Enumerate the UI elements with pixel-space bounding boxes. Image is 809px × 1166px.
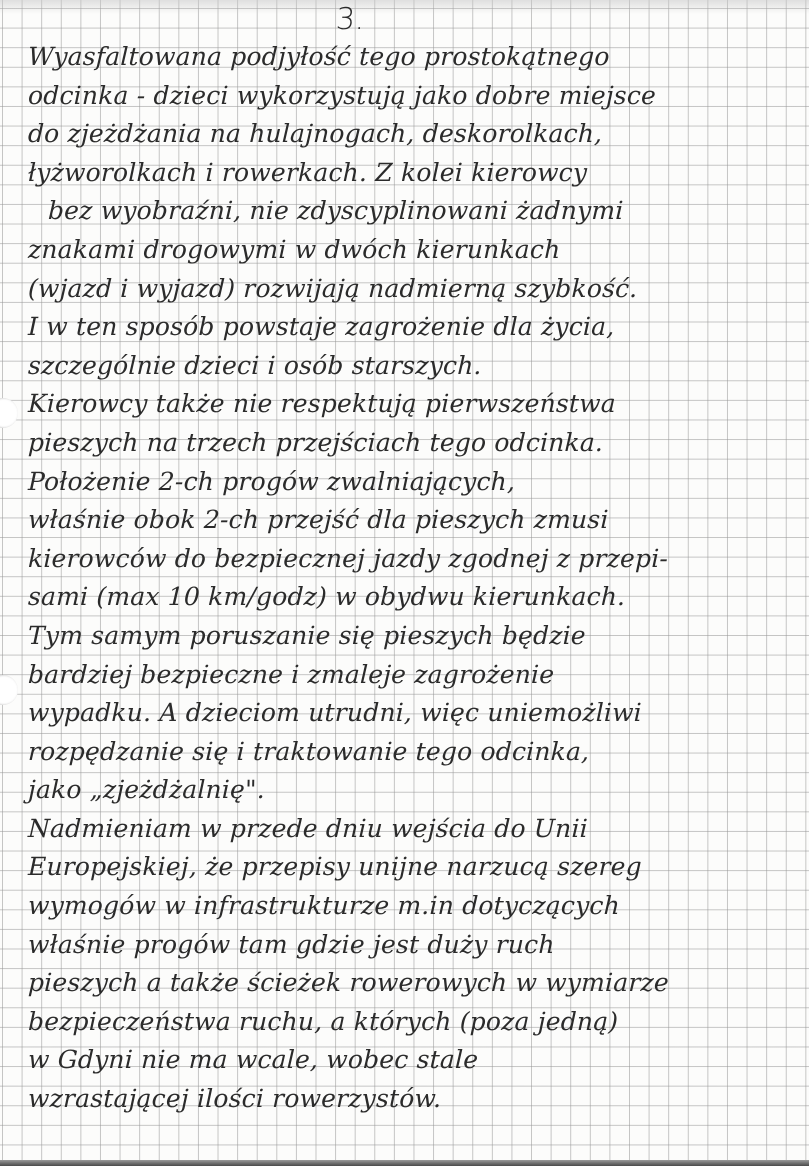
text-line: wypadku. A dzieciom utrudni, więc uniemo…: [28, 694, 809, 733]
text-line: szczególnie dzieci i osób starszych.: [27, 347, 808, 386]
page-number: 3.: [335, 2, 366, 37]
text-line: kierowców do bezpiecznej jazdy zgodnej z…: [28, 540, 809, 579]
punch-hole: [0, 398, 18, 428]
text-line: w Gdyni nie ma wcale, wobec stale: [27, 1041, 808, 1080]
text-line: bezpieczeństwa ruchu, a których (poza je…: [28, 1003, 809, 1042]
punch-hole: [0, 675, 18, 705]
text-line: rozpędzanie się i traktowanie tego odcin…: [27, 733, 808, 772]
text-line: jako „zjeżdżalnię".: [28, 771, 809, 810]
text-line: do zjeżdżania na hulajnogach, deskorolka…: [27, 115, 808, 154]
handwritten-text-body: Wyasfaltowana podjyłość tego prostokątne…: [28, 38, 808, 1119]
text-line: właśnie progów tam gdzie jest duży ruch: [28, 926, 809, 965]
text-line: Położenie 2-ch progów zwalniających,: [28, 463, 809, 502]
text-line: wzrastającej ilości rowerzystów.: [28, 1080, 809, 1119]
page-top-shadow: [0, 0, 809, 14]
text-line: Europejskiej, że przepisy unijne narzucą…: [28, 848, 809, 887]
text-line: bardziej bezpieczne i zmaleje zagrożenie: [27, 656, 808, 695]
text-line: pieszych a także ścieżek rowerowych w wy…: [27, 964, 808, 1003]
text-line: Tym samym poruszanie się pieszych będzie: [28, 617, 809, 656]
text-line: (wjazd i wyjazd) rozwijają nadmierną szy…: [27, 270, 808, 309]
text-line: łyżworolkach i rowerkach. Z kolei kierow…: [28, 154, 809, 193]
text-line: właśnie obok 2-ch przejść dla pieszych z…: [27, 501, 808, 540]
text-line: wymogów w infrastrukturze m.in dotyczący…: [27, 887, 808, 926]
text-line: I w ten sposób powstaje zagrożenie dla ż…: [28, 308, 809, 347]
text-line: bez wyobraźni, nie zdyscyplinowani żadny…: [27, 192, 808, 231]
graph-paper-page: 3. Wyasfaltowana podjyłość tego prostoką…: [0, 0, 809, 1166]
text-line: znakami drogowymi w dwóch kierunkach: [28, 231, 809, 270]
text-line: pieszych na trzech przejściach tego odci…: [27, 424, 808, 463]
text-line: sami (max 10 km/godz) w obydwu kierunkac…: [27, 578, 808, 617]
text-line: Nadmieniam w przede dniu wejścia do Unii: [27, 810, 808, 849]
text-line: Wyasfaltowana podjyłość tego prostokątne…: [27, 38, 808, 77]
page-bottom-edge: [0, 1160, 809, 1166]
text-line: odcinka - dzieci wykorzystują jako dobre…: [28, 77, 809, 116]
text-line: Kierowcy także nie respektują pierwszeńs…: [28, 385, 809, 424]
